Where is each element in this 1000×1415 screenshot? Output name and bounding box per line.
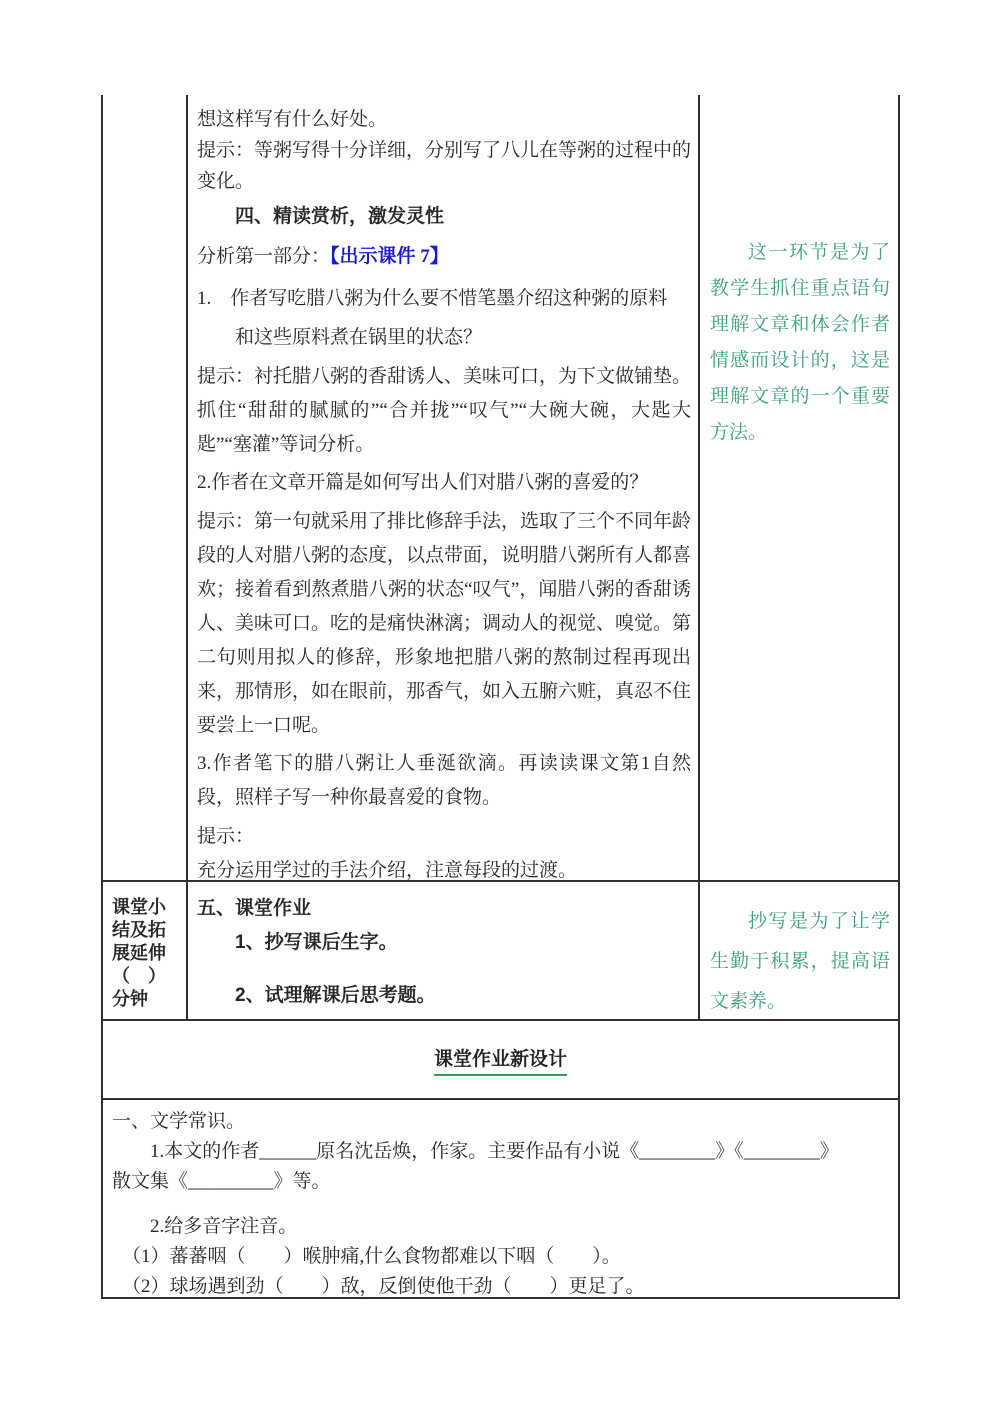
lesson-plan-table: 想这样写有什么好处。 提示：等粥写得十分详细，分别写了八儿在等粥的过程中的变化。… bbox=[101, 95, 900, 1299]
analysis-row: 想这样写有什么好处。 提示：等粥写得十分详细，分别写了八儿在等粥的过程中的变化。… bbox=[103, 95, 898, 882]
exercise-item-2-sub-1: （1）蕃蕃咽（ ）喉肿痛,什么食物都难以下咽（ ）。 bbox=[112, 1242, 888, 1272]
stage-label: 课堂小结及拓展延伸（ ）分钟 bbox=[103, 882, 186, 1011]
homework-margin-note: 抄写是为了让学生勤于积累，提高语文素养。 bbox=[700, 882, 898, 1019]
homework-heading: 五、课堂作业 bbox=[197, 893, 692, 920]
question-3-hint-label: 提示： bbox=[197, 820, 691, 854]
question-3: 3.作者笔下的腊八粥让人垂涎欲滴。再读读课文第1自然段，照样子写一种你最喜爱的食… bbox=[197, 747, 691, 815]
benefit-line: 想这样写有什么好处。 bbox=[197, 104, 691, 135]
stage-cell-empty bbox=[103, 95, 188, 880]
question-3-hint-body: 充分运用学过的手法介绍，注意每段的过渡。 bbox=[197, 854, 691, 880]
courseware-tag: 【出示课件 7】 bbox=[330, 246, 449, 267]
stage-cell-summary: 课堂小结及拓展延伸（ ）分钟 bbox=[103, 882, 188, 1019]
summary-row: 课堂小结及拓展延伸（ ）分钟 五、课堂作业 1、抄写课后生字。 2、试理解课后思… bbox=[103, 882, 898, 1021]
exercise-section-1: 一、文学常识。 bbox=[112, 1107, 888, 1137]
homework-item-2: 2、试理解课后思考题。 bbox=[197, 980, 692, 1007]
homework-content-cell: 五、课堂作业 1、抄写课后生字。 2、试理解课后思考题。 bbox=[188, 882, 700, 1019]
analysis-label: 分析第一部分： bbox=[197, 246, 330, 267]
design-title-row: 课堂作业新设计 bbox=[103, 1021, 898, 1100]
question-1-line-1: 1. 作者写吃腊八粥为什么要不惜笔墨介绍这种粥的原料 bbox=[197, 282, 691, 316]
exercise-item-2: 2.给多音字注音。 bbox=[112, 1212, 888, 1242]
analysis-content-cell: 想这样写有什么好处。 提示：等粥写得十分详细，分别写了八儿在等粥的过程中的变化。… bbox=[188, 95, 700, 880]
exercise-item-2-sub-2: （2）球场遇到劲（ ）敌，反倒使他干劲（ ）更足了。 bbox=[112, 1272, 888, 1302]
question-2-hint: 提示：第一句就采用了排比修辞手法，选取了三个不同年龄段的人对腊八粥的态度，以点带… bbox=[197, 505, 691, 743]
homework-note-cell: 抄写是为了让学生勤于积累，提高语文素养。 bbox=[700, 882, 898, 1019]
teacher-margin-note: 这一环节是为了教学生抓住重点语句理解文章和体会作者情感而设计的，这是理解文章的一… bbox=[700, 95, 898, 451]
question-1-hint: 提示：衬托腊八粥的香甜诱人、美味可口，为下文做铺垫。抓住“甜甜的腻腻的”“合并拢… bbox=[197, 360, 691, 462]
section-four-heading: 四、精读赏析，激发灵性 bbox=[197, 200, 691, 234]
question-1-line-2: 和这些原料煮在锅里的状态？ bbox=[197, 321, 691, 355]
teacher-note-cell: 这一环节是为了教学生抓住重点语句理解文章和体会作者情感而设计的，这是理解文章的一… bbox=[700, 95, 898, 880]
exercise-item-1-line-2: 散文集《_________》等。 bbox=[112, 1167, 888, 1197]
analysis-label-line: 分析第一部分：【出示课件 7】 bbox=[197, 240, 691, 274]
homework-item-1: 1、抄写课后生字。 bbox=[197, 927, 692, 954]
exercise-row: 一、文学常识。 1.本文的作者______原名沈岳焕，作家。主要作品有小说《__… bbox=[103, 1100, 898, 1297]
hint-wait-paragraph: 提示：等粥写得十分详细，分别写了八儿在等粥的过程中的变化。 bbox=[197, 135, 691, 197]
design-title: 课堂作业新设计 bbox=[434, 1044, 567, 1076]
question-2: 2.作者在文章开篇是如何写出人们对腊八粥的喜爱的？ bbox=[197, 466, 691, 500]
exercise-item-1-line-1: 1.本文的作者______原名沈岳焕，作家。主要作品有小说《________》《… bbox=[112, 1137, 888, 1167]
